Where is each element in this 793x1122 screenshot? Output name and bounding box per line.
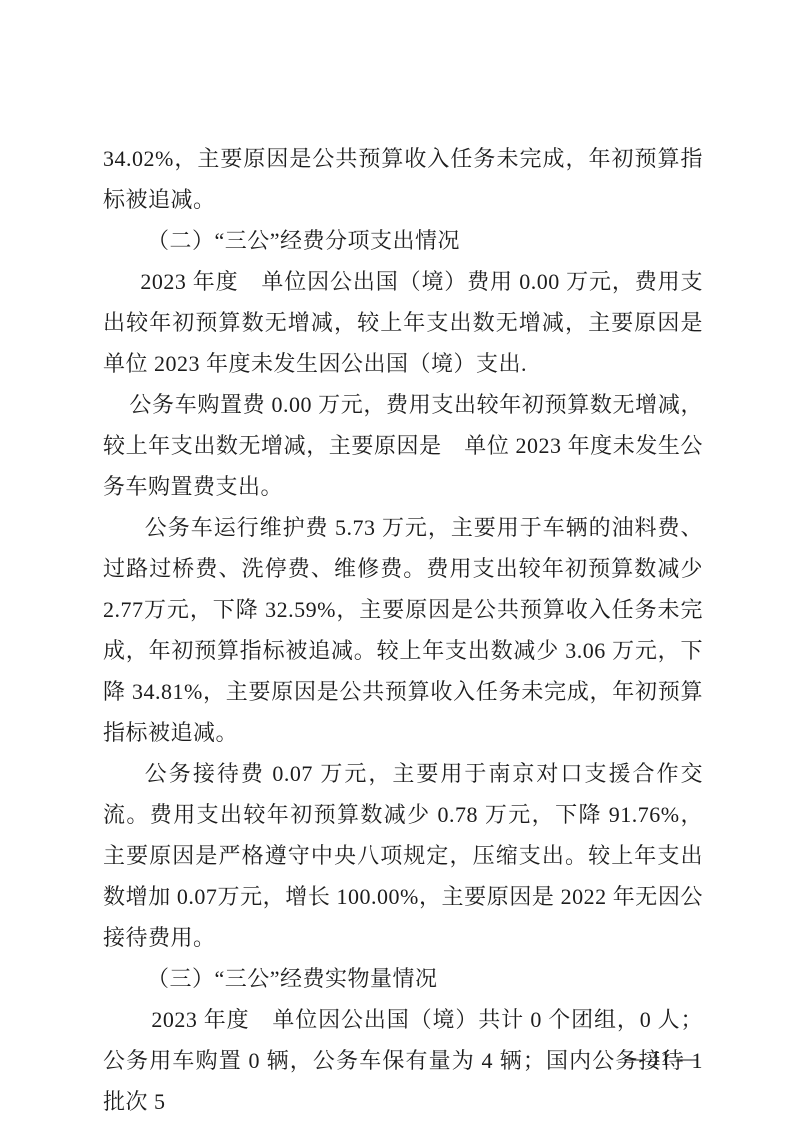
page-footer: — 11 — <box>624 1046 697 1070</box>
paragraph-abroad-expense: 2023 年度 单位因公出国（境）费用 0.00 万元，费用支出较年初预算数无增… <box>103 261 703 384</box>
page-number: — 11 — <box>624 1046 697 1070</box>
paragraph-physical-quantity: 2023 年度 单位因公出国（境）共计 0 个团组，0 人；公务用车购置 0 辆… <box>103 999 703 1122</box>
paragraph-official-reception: 公务接待费 0.07 万元，主要用于南京对口支援合作交流。费用支出较年初预算数减… <box>103 753 703 958</box>
paragraph-vehicle-maintenance: 公务车运行维护费 5.73 万元，主要用于车辆的油料费、过路过桥费、洗停费、维修… <box>103 507 703 753</box>
document-body: 34.02%，主要原因是公共预算收入任务未完成，年初预算指标被追减。 （二）“三… <box>103 138 703 1122</box>
section-heading-physical-quantity: （三）“三公”经费实物量情况 <box>103 958 703 999</box>
document-page: 34.02%，主要原因是公共预算收入任务未完成，年初预算指标被追减。 （二）“三… <box>0 0 793 1122</box>
paragraph-vehicle-purchase: 公务车购置费 0.00 万元，费用支出较年初预算数无增减，较上年支出数无增减，主… <box>103 384 703 507</box>
paragraph-continuation: 34.02%，主要原因是公共预算收入任务未完成，年初预算指标被追减。 <box>103 138 703 220</box>
section-heading-itemized-expenses: （二）“三公”经费分项支出情况 <box>103 220 703 261</box>
